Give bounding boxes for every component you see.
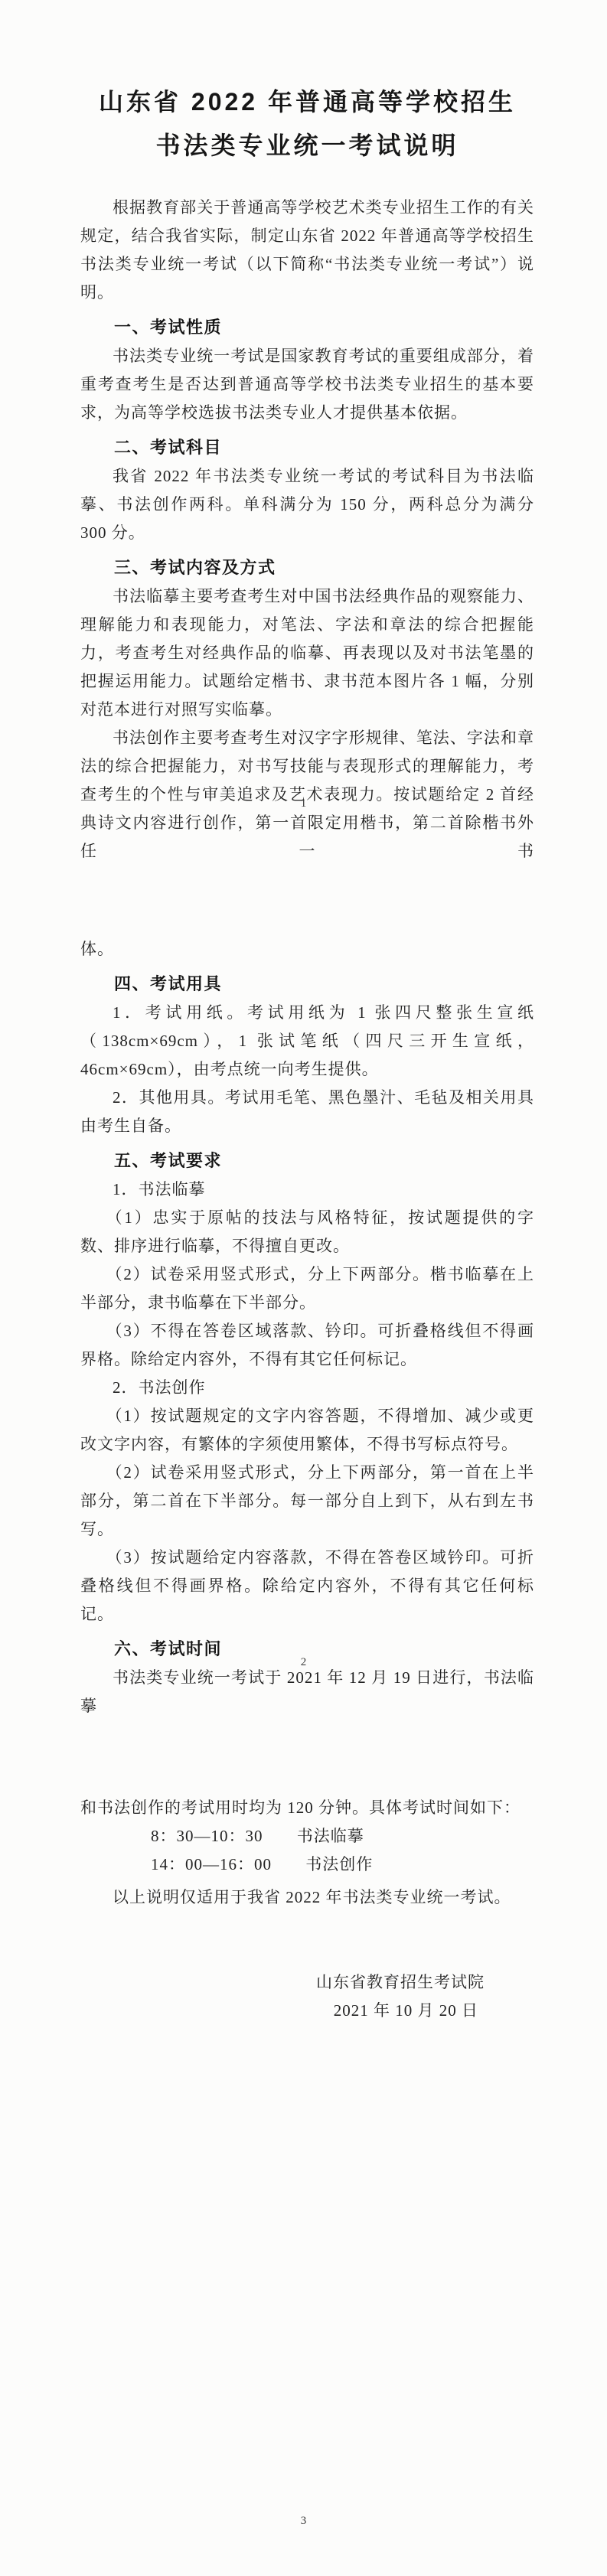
page-2-content: 体。 四、考试用具 1．考试用纸。考试用纸为 1 张四尺整张生宣纸（138cm×… bbox=[0, 859, 607, 1717]
page-3-number: 3 bbox=[0, 2513, 607, 2529]
section-heading-exam-requirements: 五、考试要求 bbox=[80, 1146, 534, 1175]
creation-paragraph-continuation: 体。 bbox=[80, 935, 534, 964]
copying-requirement-2: （2）试卷采用竖式形式，分上下两部分。楷书临摹在上半部分，隶书临摹在下半部分。 bbox=[80, 1260, 534, 1317]
copying-requirement-1: （1）忠实于原帖的技法与风格特征，按试题提供的字数、排序进行临摹，不得擅自更改。 bbox=[80, 1204, 534, 1260]
page-1-body: 根据教育部关于普通高等学校艺术类专业招生工作的有关规定，结合我省实际，制定山东省… bbox=[80, 194, 534, 859]
exam-paper-paragraph: 1．考试用纸。考试用纸为 1 张四尺整张生宣纸（138cm×69cm），1 张试… bbox=[80, 999, 534, 1084]
page-3: 和书法创作的考试用时均为 120 分钟。具体考试时间如下： 8：30—10：30… bbox=[0, 1717, 607, 2576]
page-2: 体。 四、考试用具 1．考试用纸。考试用纸为 1 张四尺整张生宣纸（138cm×… bbox=[0, 859, 607, 1717]
section-heading-exam-nature: 一、考试性质 bbox=[80, 313, 534, 341]
page-1-number: 1 bbox=[0, 796, 607, 811]
copying-description-paragraph: 书法临摹主要考查考生对中国书法经典作品的观察能力、理解能力和表现能力，对笔法、字… bbox=[80, 582, 534, 724]
afternoon-time-range: 14：00—16：00 bbox=[151, 1855, 272, 1873]
issue-date: 2021 年 10 月 20 日 bbox=[80, 1997, 534, 2025]
morning-subject: 书法临摹 bbox=[297, 1827, 364, 1845]
exam-subjects-paragraph: 我省 2022 年书法类专业统一考试的考试科目为书法临摹、书法创作两科。单科满分… bbox=[80, 462, 534, 547]
document-title-line-1: 山东省 2022 年普通高等学校招生 bbox=[80, 80, 534, 124]
page-2-number: 2 bbox=[0, 1655, 607, 1670]
creation-requirement-2: （2）试卷采用竖式形式，分上下两部分，第一首在上半部分，第二首在下半部分。每一部… bbox=[80, 1459, 534, 1544]
copying-requirements-subheading: 1．书法临摹 bbox=[80, 1176, 534, 1204]
section-heading-exam-tools: 四、考试用具 bbox=[80, 970, 534, 998]
exam-date-paragraph: 书法类专业统一考试于 2021 年 12 月 19 日进行，书法临摹 bbox=[80, 1664, 534, 1717]
closing-note-paragraph: 以上说明仅适用于我省 2022 年书法类专业统一考试。 bbox=[80, 1883, 534, 1912]
section-heading-exam-content: 三、考试内容及方式 bbox=[80, 553, 534, 582]
page-1: 山东省 2022 年普通高等学校招生 书法类专业统一考试说明 根据教育部关于普通… bbox=[0, 0, 607, 859]
page-3-body: 和书法创作的考试用时均为 120 分钟。具体考试时间如下： 8：30—10：30… bbox=[80, 1717, 534, 2025]
afternoon-subject: 书法创作 bbox=[305, 1855, 373, 1873]
page-2-body: 体。 四、考试用具 1．考试用纸。考试用纸为 1 张四尺整张生宣纸（138cm×… bbox=[80, 859, 534, 1717]
copying-requirement-3: （3）不得在答卷区域落款、钤印。可折叠格线但不得画界格。除给定内容外，不得有其它… bbox=[80, 1317, 534, 1374]
exam-duration-paragraph: 和书法创作的考试用时均为 120 分钟。具体考试时间如下： bbox=[80, 1794, 534, 1822]
exam-nature-paragraph: 书法类专业统一考试是国家教育考试的重要组成部分，着重考查考生是否达到普通高等学校… bbox=[80, 342, 534, 427]
document-title-line-2: 书法类专业统一考试说明 bbox=[80, 124, 534, 168]
scanned-document: 山东省 2022 年普通高等学校招生 书法类专业统一考试说明 根据教育部关于普通… bbox=[0, 0, 607, 2576]
document-title: 山东省 2022 年普通高等学校招生 书法类专业统一考试说明 bbox=[80, 0, 534, 168]
section-heading-exam-subjects: 二、考试科目 bbox=[80, 433, 534, 461]
schedule-row-morning: 8：30—10：30 书法临摹 bbox=[80, 1822, 534, 1850]
intro-paragraph: 根据教育部关于普通高等学校艺术类专业招生工作的有关规定，结合我省实际，制定山东省… bbox=[80, 194, 534, 307]
morning-time-range: 8：30—10：30 bbox=[151, 1827, 263, 1845]
creation-requirement-1: （1）按试题规定的文字内容答题，不得增加、减少或更改文字内容，有繁体的字须使用繁… bbox=[80, 1402, 534, 1459]
page-1-content: 山东省 2022 年普通高等学校招生 书法类专业统一考试说明 根据教育部关于普通… bbox=[0, 0, 607, 859]
creation-description-paragraph: 书法创作主要考查考生对汉字字形规律、笔法、字法和章法的综合把握能力，对书写技能与… bbox=[80, 724, 534, 859]
other-tools-paragraph: 2．其他用具。考试用毛笔、黑色墨汁、毛毡及相关用具由考生自备。 bbox=[80, 1084, 534, 1140]
creation-requirement-3: （3）按试题给定内容落款，不得在答卷区域钤印。可折叠格线但不得画界格。除给定内容… bbox=[80, 1544, 534, 1629]
schedule-row-afternoon: 14：00—16：00 书法创作 bbox=[80, 1850, 534, 1879]
issuing-authority: 山东省教育招生考试院 bbox=[80, 1968, 534, 1997]
page-3-content: 和书法创作的考试用时均为 120 分钟。具体考试时间如下： 8：30—10：30… bbox=[0, 1717, 607, 2025]
creation-requirements-subheading: 2．书法创作 bbox=[80, 1374, 534, 1402]
